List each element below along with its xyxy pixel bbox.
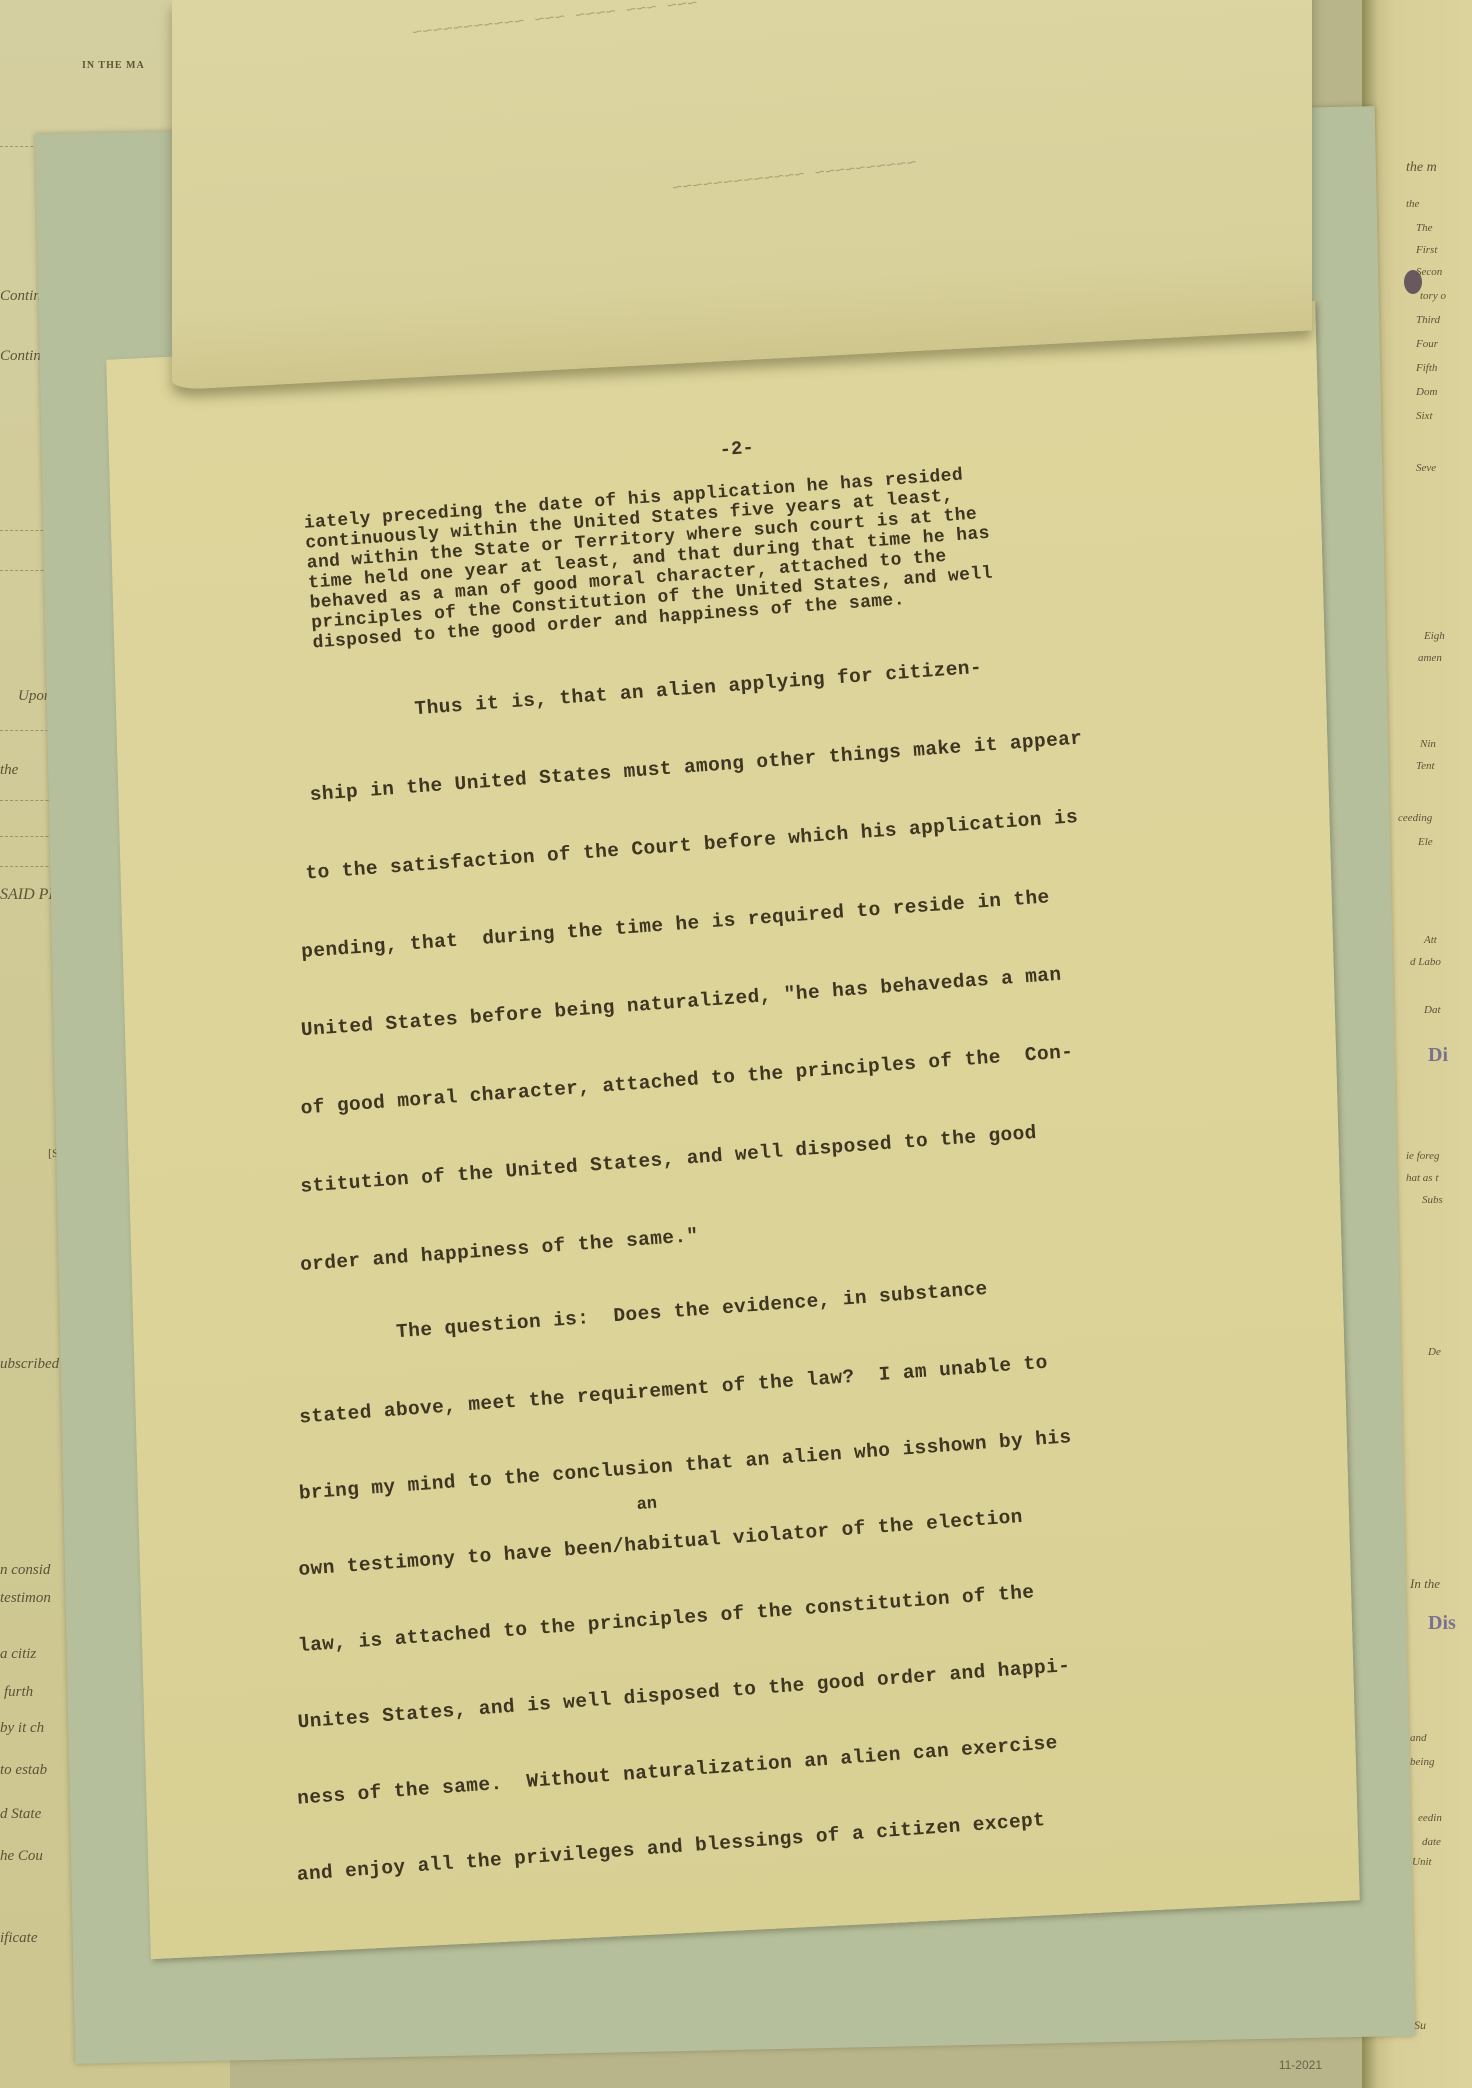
form-line: De — [1428, 1346, 1441, 1358]
form-line: hat as t — [1406, 1172, 1438, 1184]
form-line: In the — [1410, 1576, 1440, 1592]
page-number: -2- — [719, 437, 755, 461]
form-line: tory o — [1420, 290, 1446, 302]
form-line: Unit — [1412, 1856, 1432, 1868]
form-line: Subs — [1422, 1194, 1443, 1206]
form-line: ceeding — [1398, 812, 1432, 824]
form-line: Nin — [1420, 738, 1436, 750]
form-line: to estab — [0, 1762, 47, 1779]
form-line: the m — [1406, 160, 1437, 176]
form-line: Eigh — [1424, 630, 1445, 642]
form-line: amen — [1418, 652, 1442, 664]
form-line: a citiz — [0, 1646, 36, 1663]
form-line: The — [1416, 222, 1433, 234]
form-line: Seve — [1416, 462, 1436, 474]
form-line: Dat — [1424, 1004, 1441, 1016]
form-line: ie foreg — [1406, 1150, 1440, 1162]
form-line: the — [1406, 198, 1419, 210]
form-line: eedin — [1418, 1812, 1442, 1824]
form-line: Fifth — [1416, 362, 1437, 374]
the-label: the — [0, 762, 18, 779]
form-line: First — [1416, 244, 1437, 256]
form-line: Ele — [1418, 836, 1433, 848]
form-line: Sixt — [1416, 410, 1433, 422]
form-line: date — [1422, 1836, 1441, 1848]
form-line: being — [1410, 1756, 1434, 1768]
form-line: Secon — [1416, 266, 1442, 278]
certificate-label: ificate — [0, 1930, 38, 1947]
form-line: by it ch — [0, 1720, 44, 1737]
form-line: d State — [0, 1806, 41, 1823]
form-line: testimon — [0, 1590, 51, 1607]
form-line: Tent — [1416, 760, 1435, 772]
bleed-through-text: ~~~~~~~~~~ ~~~~~~~~~~~~~ — [672, 155, 918, 200]
handwritten-insert: an — [636, 1495, 658, 1515]
folded-page[interactable]: ~~~ ~~~ ~~~~ ~~~ ~~~~~~~~~~~ ~~~~~~~~~~ … — [172, 0, 1312, 390]
form-line: Dom — [1416, 386, 1437, 398]
form-line: he Cou — [0, 1848, 43, 1865]
bleed-through-text: ~~~ ~~~ ~~~~ ~~~ ~~~~~~~~~~~ — [412, 0, 698, 44]
form-header: IN THE MA — [82, 60, 145, 71]
form-number-stamp: 11-2021 — [1279, 2058, 1322, 2072]
form-line: Four — [1416, 338, 1438, 350]
form-line: and — [1410, 1732, 1427, 1744]
form-line: furth — [4, 1684, 33, 1701]
form-line: n consid — [0, 1562, 50, 1579]
form-line: Su — [1414, 2018, 1426, 2033]
form-line: Att — [1424, 934, 1437, 946]
district-stamp: Di — [1428, 1044, 1448, 1067]
form-line: Third — [1416, 314, 1440, 326]
district-stamp: Dis — [1428, 1612, 1456, 1635]
form-line: d Labo — [1410, 956, 1441, 968]
